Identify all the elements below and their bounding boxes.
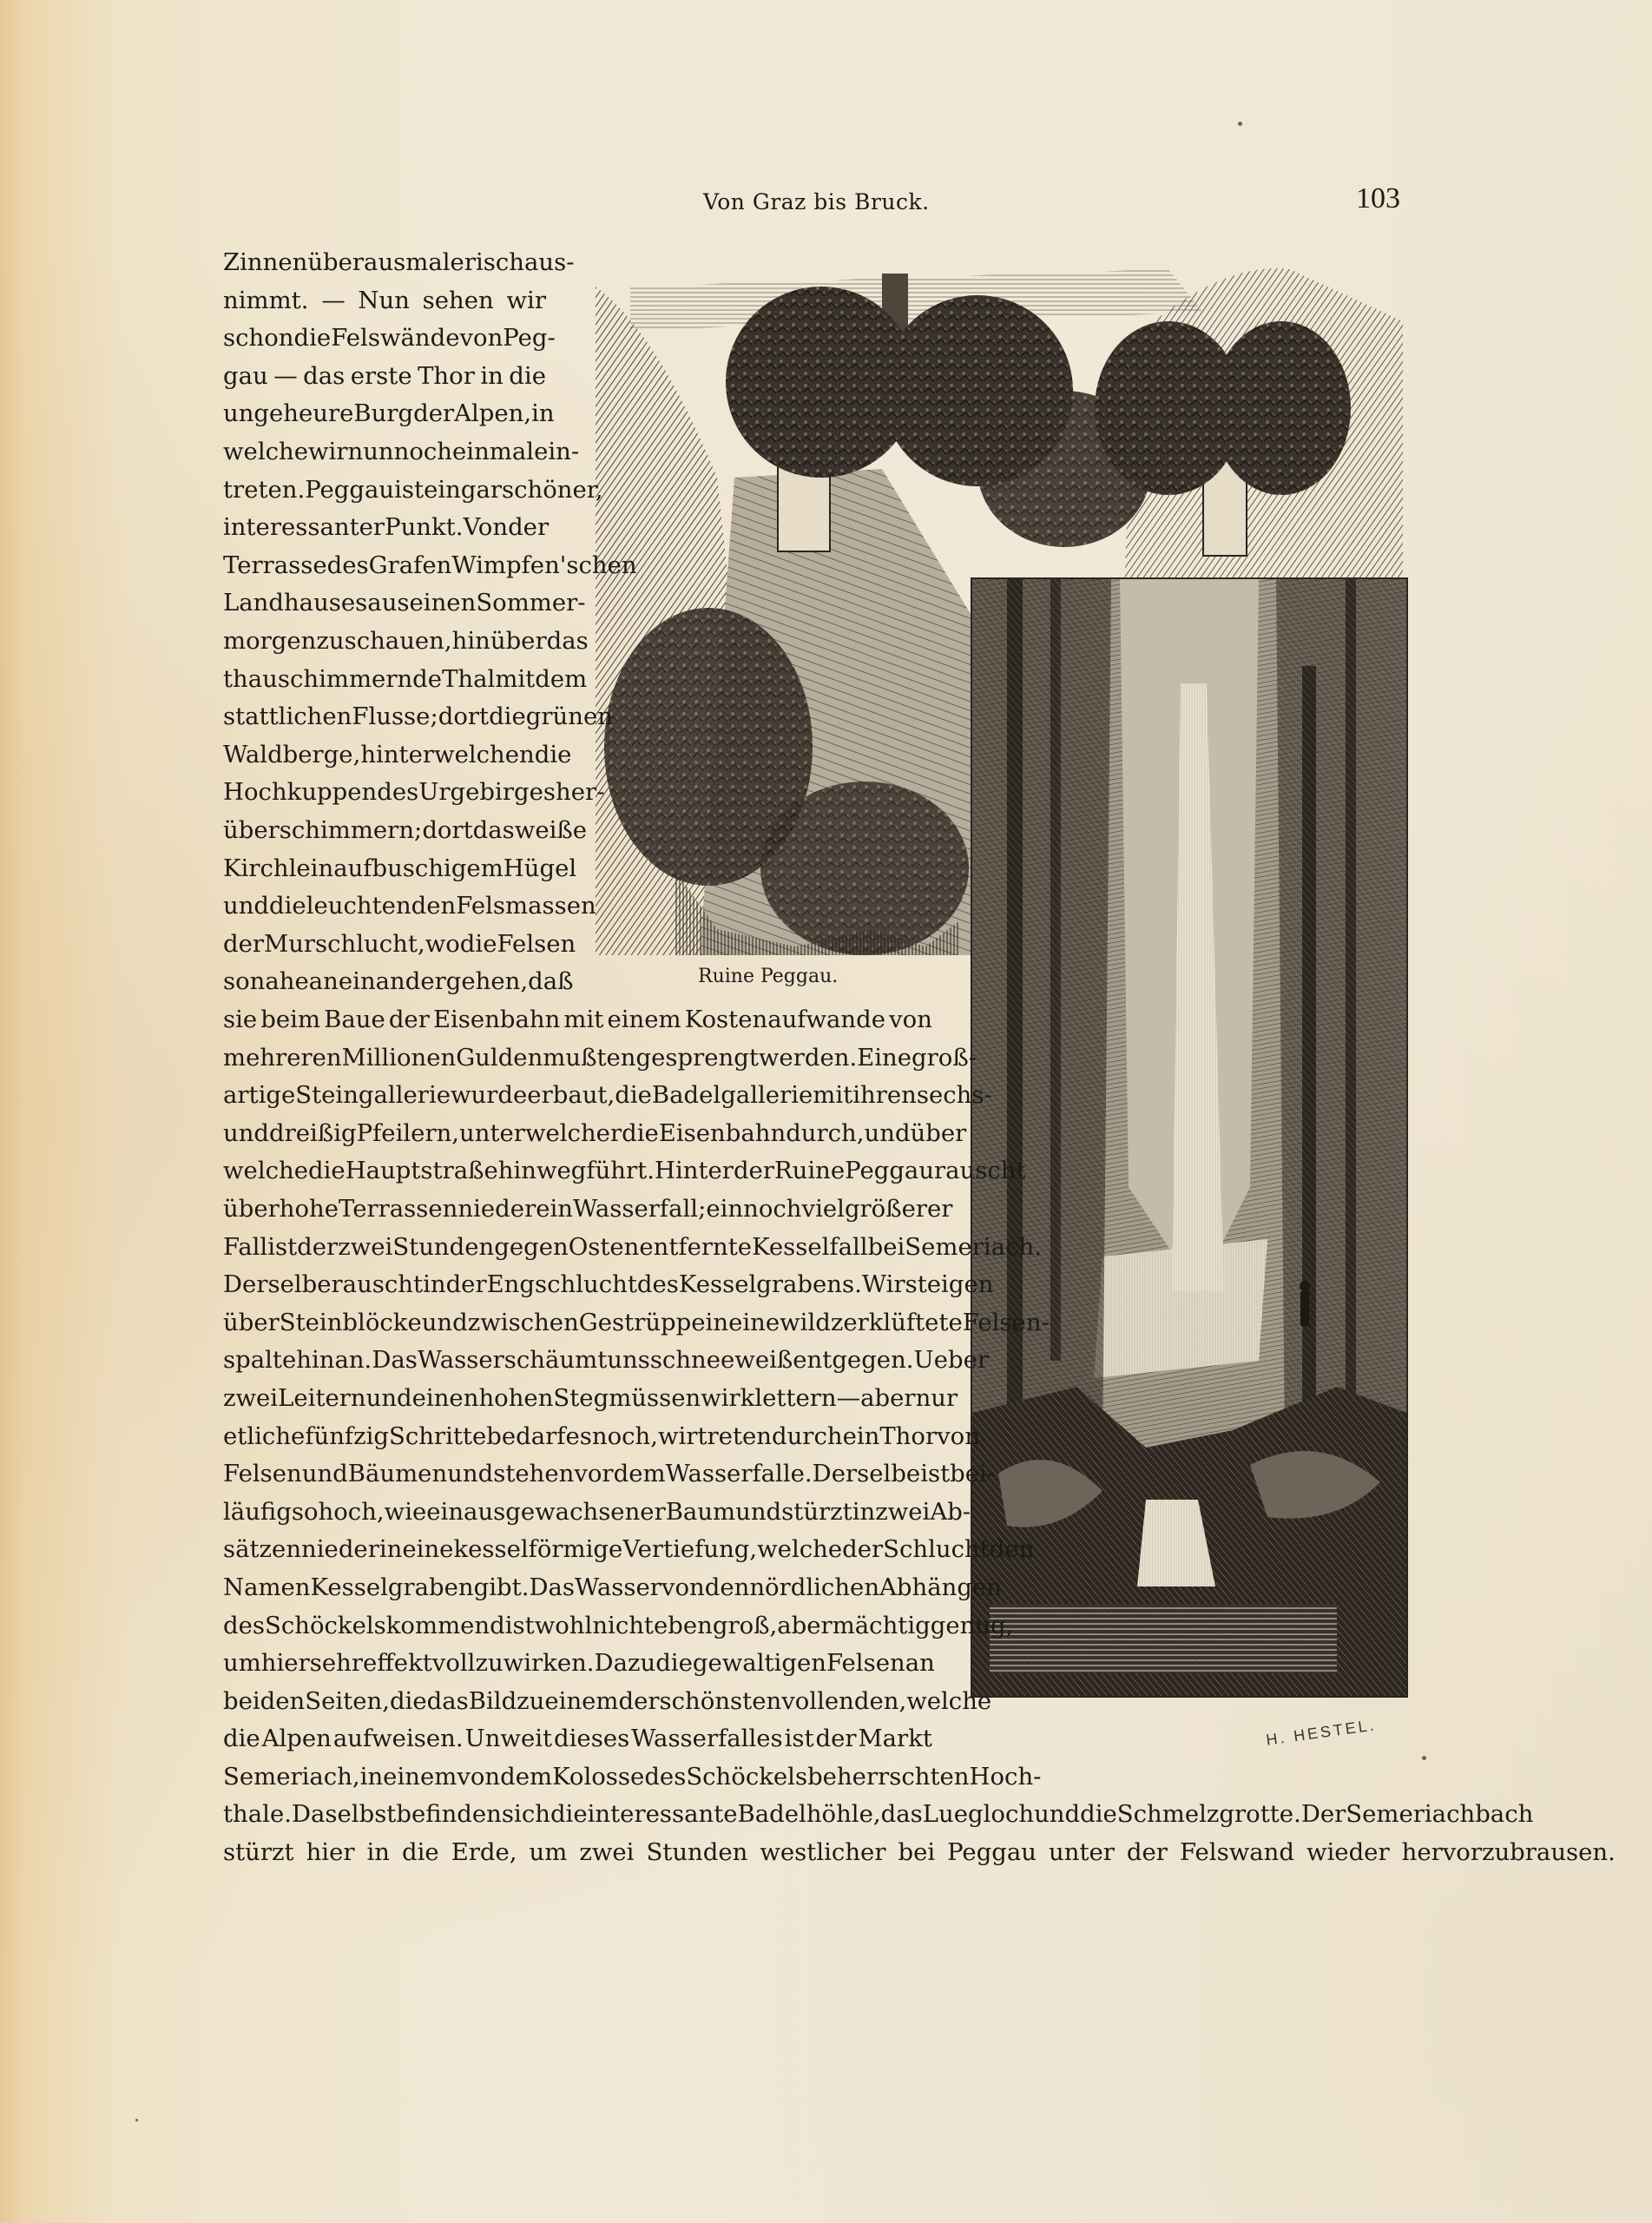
text-line: KirchleinaufbuschigemHügel bbox=[223, 849, 546, 887]
text-line: LandhausesauseinenSommer- bbox=[223, 584, 546, 622]
text-line: artigeSteingalleriewurdeerbaut,dieBadelg… bbox=[223, 1076, 932, 1114]
text-line: thale.Daselbstbefindensichdieinteressant… bbox=[223, 1795, 1417, 1833]
text-line: desSchöckelskommendistwohlnichtebengroß,… bbox=[223, 1606, 932, 1645]
paper-speck bbox=[135, 2119, 138, 2121]
text-line: sätzenniederineinekesselförmigeVertiefun… bbox=[223, 1530, 932, 1568]
page-number: 103 bbox=[1356, 182, 1400, 215]
text-line: etlichefünfzigSchrittebedarfesnoch,wirtr… bbox=[223, 1417, 932, 1455]
text-line: TerrassedesGrafenWimpfen'schen bbox=[223, 546, 546, 584]
text-line: Waldberge,hinterwelchendie bbox=[223, 736, 546, 774]
text-line: NamenKesselgrabengibt.DasWasservondennör… bbox=[223, 1568, 932, 1606]
text-line: schondieFelswändevonPeg- bbox=[223, 319, 546, 357]
text-line: DerselberauschtinderEngschluchtdesKessel… bbox=[223, 1265, 932, 1303]
text-line: morgenzuschauen,hinüberdas bbox=[223, 622, 546, 660]
figure-caption: Ruine Peggau. bbox=[698, 966, 838, 987]
text-line: thauschimmerndeThalmitdem bbox=[223, 660, 546, 698]
text-line: beidenSeiten,diedasBildzueinemderschönst… bbox=[223, 1682, 932, 1720]
text-line: welchewirnunnocheinmalein- bbox=[223, 432, 546, 471]
text-line: derMurschlucht,wodieFelsen bbox=[223, 925, 546, 963]
text-line: nimmt.—Nunsehenwir bbox=[223, 281, 546, 320]
text-line: FelsenundBäumenundstehenvordemWasserfall… bbox=[223, 1455, 932, 1493]
text-line: überSteinblöckeundzwischenGestrüppeinein… bbox=[223, 1303, 932, 1342]
paper-speck bbox=[1422, 1756, 1426, 1760]
waterfall-illustration-icon bbox=[972, 579, 1406, 1696]
text-line: ungeheureBurgderAlpen,in bbox=[223, 394, 546, 432]
text-line: gau—dasersteThorindie bbox=[223, 357, 546, 395]
text-line: stattlichenFlusse;dortdiegrünen bbox=[223, 697, 546, 736]
text-line: umhiersehreffektvollzuwirken.Dazudiegewa… bbox=[223, 1644, 932, 1682]
text-line: dieAlpenaufweisen.UnweitdiesesWasserfall… bbox=[223, 1719, 932, 1758]
text-line: welchedieHauptstraßehinwegführt.Hinterde… bbox=[223, 1151, 932, 1190]
text-line: läufigsohoch,wieeinausgewachsenerBaumund… bbox=[223, 1493, 932, 1531]
text-line: treten.Peggauisteingarschöner, bbox=[223, 471, 546, 509]
engraver-signature: H. HESTEL. bbox=[1265, 1716, 1378, 1750]
text-line: stürzthierindieErde,umzweiStundenwestlic… bbox=[223, 1833, 1417, 1871]
text-line: überschimmern;dortdasweiße bbox=[223, 811, 546, 849]
text-line: mehrerenMillionenGuldenmußtengesprengtwe… bbox=[223, 1039, 932, 1077]
text-line: zweiLeiternundeinenhohenStegmüssenwirkle… bbox=[223, 1379, 932, 1417]
text-line: unddieleuchtendenFelsmassen bbox=[223, 887, 546, 925]
text-line: überhoheTerrassenniedereinWasserfall;ein… bbox=[223, 1190, 932, 1228]
text-line: interessanterPunkt.Vonder bbox=[223, 508, 546, 546]
text-line: spaltehinan.DasWasserschäumtunsschneewei… bbox=[223, 1341, 932, 1379]
text-line: sonaheaneinandergehen,daß bbox=[223, 962, 546, 1000]
text-line: Semeriach,ineinemvondemKolossedesSchöcke… bbox=[223, 1758, 932, 1796]
engraving-kesselfall bbox=[971, 577, 1408, 1698]
running-head: Von Graz bis Bruck. bbox=[703, 189, 930, 214]
text-line: unddreißigPfeilern,unterwelcherdieEisenb… bbox=[223, 1114, 932, 1152]
text-line: FallistderzweiStundengegenOstenentfernte… bbox=[223, 1228, 932, 1266]
paper-speck bbox=[1238, 122, 1242, 126]
text-line: Zinnenüberausmalerischaus- bbox=[223, 243, 546, 281]
text-line: siebeimBauederEisenbahnmiteinemKostenauf… bbox=[223, 1000, 932, 1039]
text-line: HochkuppendesUrgebirgesher- bbox=[223, 773, 546, 811]
